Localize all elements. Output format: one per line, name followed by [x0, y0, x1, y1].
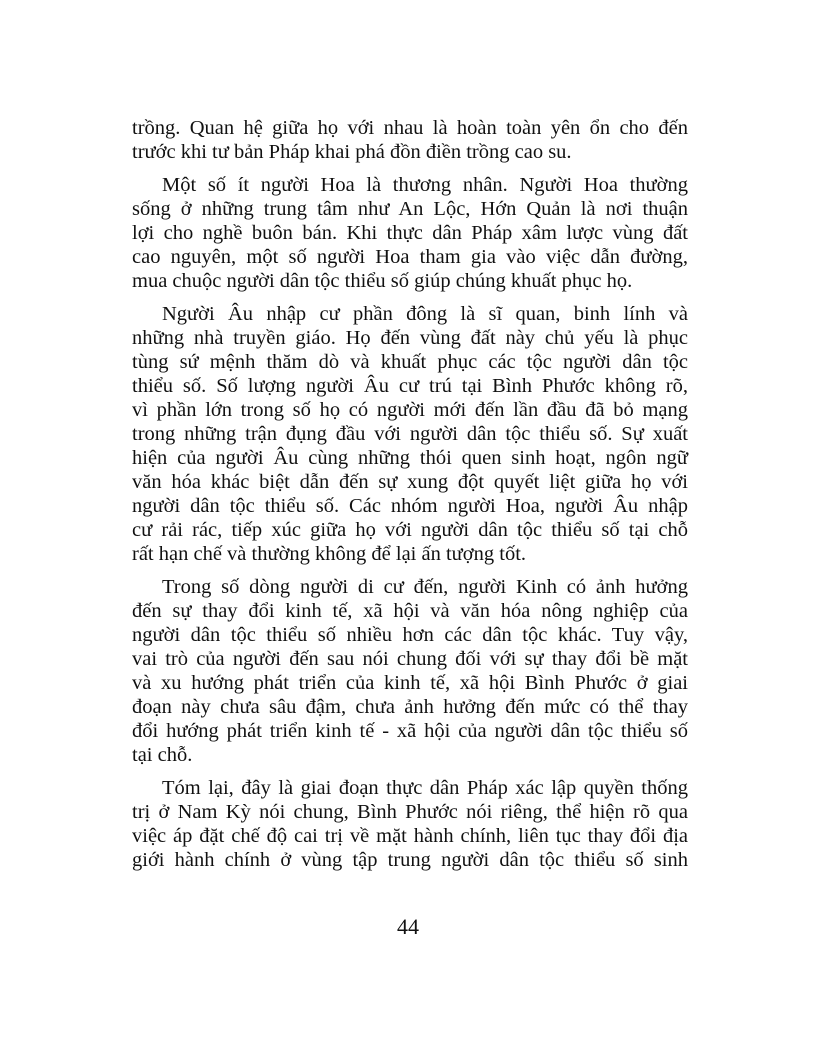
text-line: thiểu số. Số lượng người Âu cư trú tại B…	[132, 374, 688, 398]
page-number: 44	[0, 914, 816, 940]
text-line: việc áp đặt chế độ cai trị về mặt hành c…	[132, 824, 688, 848]
book-page: trồng. Quan hệ giữa họ với nhau là hoàn …	[0, 0, 816, 1056]
text-line: Người Âu nhập cư phần đông là sĩ quan, b…	[132, 302, 688, 326]
text-line: Tóm lại, đây là giai đoạn thực dân Pháp …	[132, 776, 688, 800]
text-line: những nhà truyền giáo. Họ đến vùng đất n…	[132, 326, 688, 350]
body-text: trồng. Quan hệ giữa họ với nhau là hoàn …	[132, 116, 688, 881]
text-line: Một số ít người Hoa là thương nhân. Ngườ…	[132, 173, 688, 197]
text-line: đoạn này chưa sâu đậm, chưa ảnh hưởng đế…	[132, 695, 688, 719]
paragraph-4: Trong số dòng người di cư đến, người Kin…	[132, 575, 688, 767]
paragraph-2: Một số ít người Hoa là thương nhân. Ngườ…	[132, 173, 688, 293]
text-line: cư rải rác, tiếp xúc giữa họ với người d…	[132, 518, 688, 542]
text-line: hiện của người Âu cùng những thói quen s…	[132, 446, 688, 470]
text-line: giới hành chính ở vùng tập trung người d…	[132, 848, 688, 872]
text-line: Trong số dòng người di cư đến, người Kin…	[132, 575, 688, 599]
text-line: lợi cho nghề buôn bán. Khi thực dân Pháp…	[132, 221, 688, 245]
paragraph-1: trồng. Quan hệ giữa họ với nhau là hoàn …	[132, 116, 688, 164]
text-line: trước khi tư bản Pháp khai phá đồn điền …	[132, 140, 688, 164]
text-line: mua chuộc người dân tộc thiểu số giúp ch…	[132, 269, 688, 293]
paragraph-3: Người Âu nhập cư phần đông là sĩ quan, b…	[132, 302, 688, 566]
text-line: người dân tộc thiểu số nhiều hơn các dân…	[132, 623, 688, 647]
paragraph-5: Tóm lại, đây là giai đoạn thực dân Pháp …	[132, 776, 688, 872]
text-line: đến sự thay đổi kinh tế, xã hội và văn h…	[132, 599, 688, 623]
text-line: sống ở những trung tâm như An Lộc, Hớn Q…	[132, 197, 688, 221]
text-line: trồng. Quan hệ giữa họ với nhau là hoàn …	[132, 116, 688, 140]
text-line: trị ở Nam Kỳ nói chung, Bình Phước nói r…	[132, 800, 688, 824]
text-line: cao nguyên, một số người Hoa tham gia và…	[132, 245, 688, 269]
text-line: đổi hướng phát triển kinh tế - xã hội củ…	[132, 719, 688, 743]
text-line: rất hạn chế và thường không để lại ấn tư…	[132, 542, 688, 566]
text-line: tại chỗ.	[132, 743, 688, 767]
text-line: tùng sứ mệnh thăm dò và khuất phục các t…	[132, 350, 688, 374]
text-line: văn hóa khác biệt dẫn đến sự xung đột qu…	[132, 470, 688, 494]
text-line: trong những trận đụng đầu với người dân …	[132, 422, 688, 446]
text-line: và xu hướng phát triển của kinh tế, xã h…	[132, 671, 688, 695]
text-line: người dân tộc thiểu số. Các nhóm người H…	[132, 494, 688, 518]
text-line: vì phần lớn trong số họ có người mới đến…	[132, 398, 688, 422]
text-line: vai trò của người đến sau nói chung đối …	[132, 647, 688, 671]
